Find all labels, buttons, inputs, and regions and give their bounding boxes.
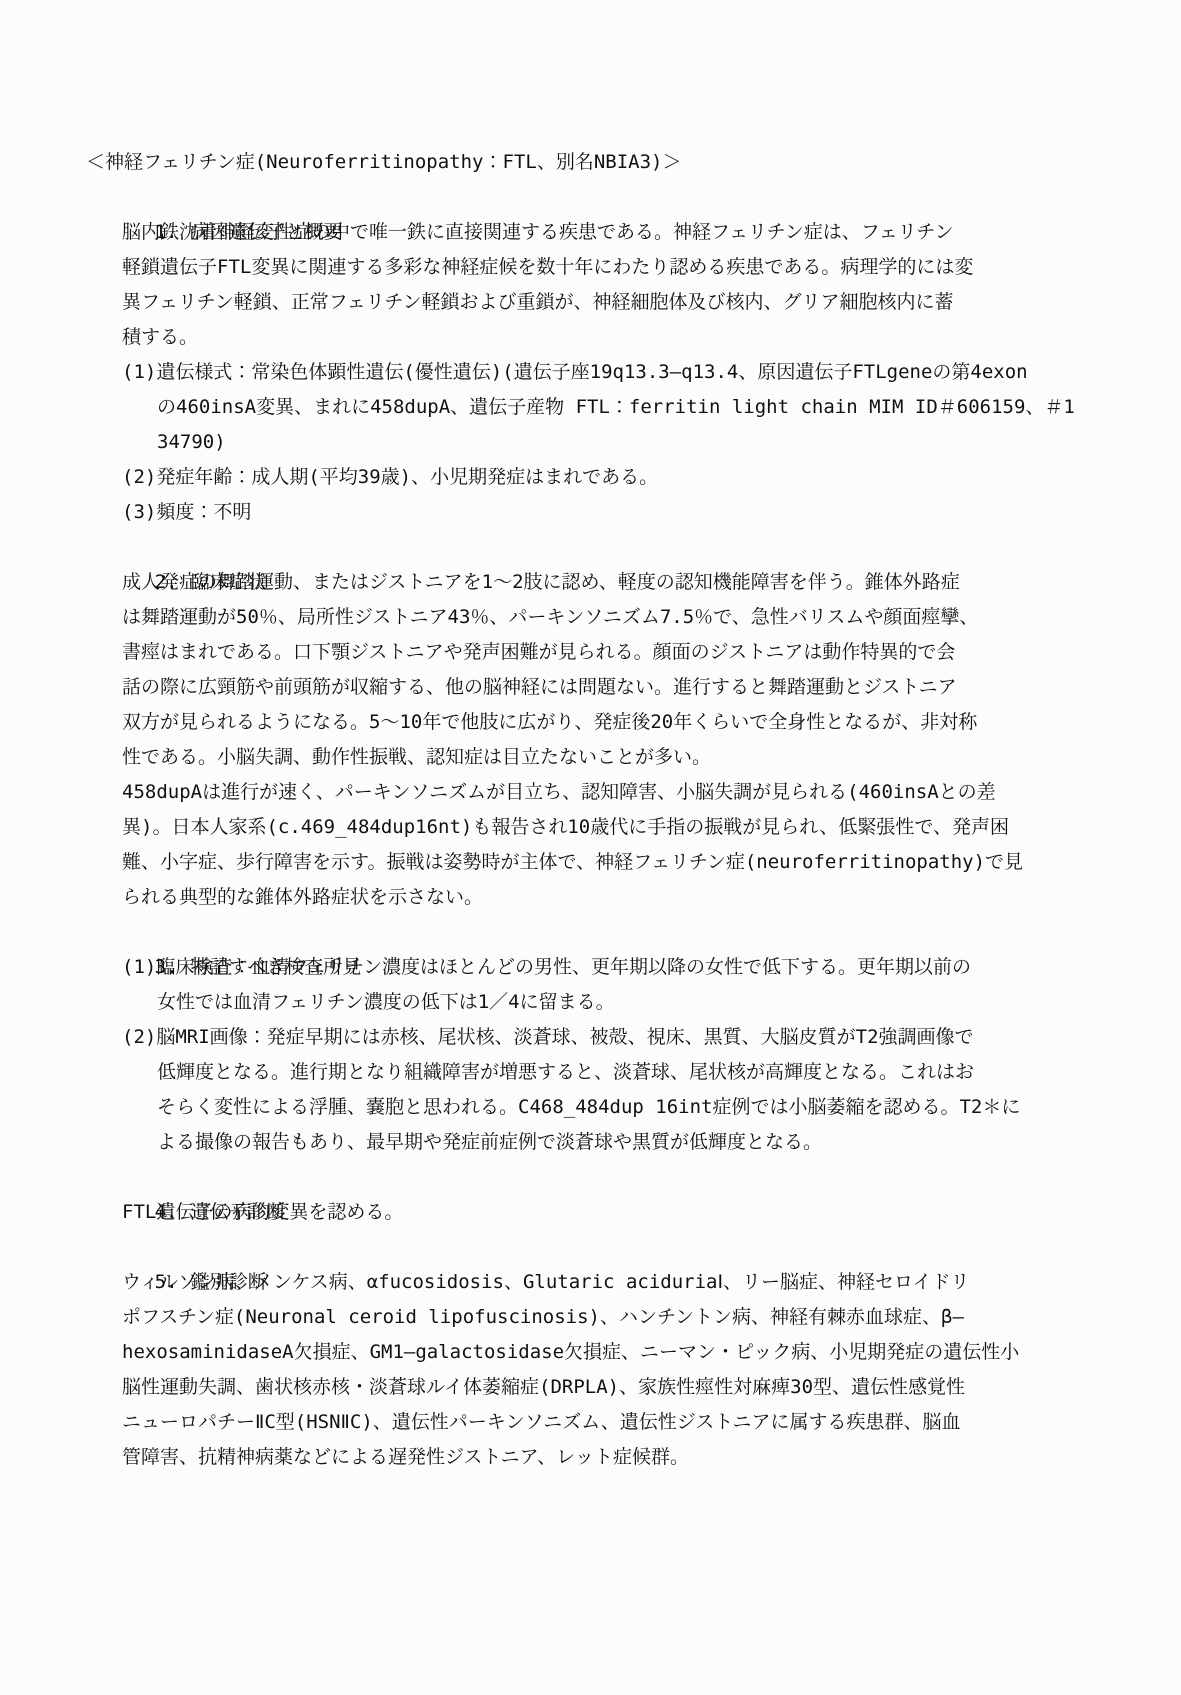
text-line: 異フェリチン軽鎖、正常フェリチン軽鎖および重鎖が、神経細胞体及び核内、グリア細胞… (0, 285, 1181, 320)
document-page: ＜神経フェリチン症(Neuroferritinopathy：FTL、別名NBIA… (0, 0, 1181, 1695)
text-line: 34790) (0, 425, 1181, 460)
section-heading-row: 5.鑑別診断 (0, 1230, 1181, 1265)
document-content: ＜神経フェリチン症(Neuroferritinopathy：FTL、別名NBIA… (0, 145, 1181, 1475)
text-line: そらく変性による浮腫、嚢胞と思われる。C468_484dup 16int症例では… (0, 1090, 1181, 1125)
text-line: ウィルソン病、メンケス病、αfucosidosis、Glutaric acidu… (0, 1265, 1181, 1300)
text-line: 管障害、抗精神病薬などによる遅発性ジストニア、レット症候群。 (0, 1440, 1181, 1475)
text-line: 難、小字症、歩行障害を示す。振戦は姿勢時が主体で、神経フェリチン症(neurof… (0, 845, 1181, 880)
text-line: (2)発症年齢：成人期(平均39歳)、小児期発症はまれである。 (0, 460, 1181, 495)
text-line: 性である。小脳失調、動作性振戦、認知症は目立たないことが多い。 (0, 740, 1181, 775)
text-line: (1)遺伝様式：常染色体顕性遺伝(優性遺伝)(遺伝子座19q13.3—q13.4… (0, 355, 1181, 390)
text-line: FTL遺伝子の病的変異を認める。 (0, 1195, 1181, 1230)
section-heading-row: 3.特記すべき検査所見 (0, 915, 1181, 950)
text-line: ニューロパチーⅡC型(HSNⅡC)、遺伝性パーキンソニズム、遺伝性ジストニアに属… (0, 1405, 1181, 1440)
text-line: 脳性運動失調、歯状核赤核・淡蒼球ルイ体萎縮症(DRPLA)、家族性痙性対麻痺30… (0, 1370, 1181, 1405)
text-line: は舞踏運動が50％、局所性ジストニア43％、パーキンソニズム7.5％で、急性バリ… (0, 600, 1181, 635)
text-line: 低輝度となる。進行期となり組織障害が増悪すると、淡蒼球、尾状核が高輝度となる。こ… (0, 1055, 1181, 1090)
text-line: 458dupAは進行が速く、パーキンソニズムが目立ち、認知障害、小脳失調が見られ… (0, 775, 1181, 810)
text-line: られる典型的な錐体外路症状を示さない。 (0, 880, 1181, 915)
section-heading-row: 1.病因遺伝子と概要 (0, 180, 1181, 215)
text-line: (1)臨床検査：血清フェリチン濃度はほとんどの男性、更年期以降の女性で低下する。… (0, 950, 1181, 985)
text-line: 女性では血清フェリチン濃度の低下は1／4に留まる。 (0, 985, 1181, 1020)
section-heading-row: 4.遺伝子診断 (0, 1160, 1181, 1195)
text-line: 成人発症の舞踏運動、またはジストニアを1～2肢に認め、軽度の認知機能障害を伴う。… (0, 565, 1181, 600)
text-line: の460insA変異、まれに458dupA、遺伝子産物 FTL：ferritin… (0, 390, 1181, 425)
text-line: 話の際に広頸筋や前頭筋が収縮する、他の脳神経には問題ない。進行すると舞踏運動とジ… (0, 670, 1181, 705)
text-line: よる撮像の報告もあり、最早期や発症前症例で淡蒼球や黒質が低輝度となる。 (0, 1125, 1181, 1160)
text-line: (3)頻度：不明 (0, 495, 1181, 530)
text-line: (2)脳MRI画像：発症早期には赤核、尾状核、淡蒼球、被殻、視床、黒質、大脳皮質… (0, 1020, 1181, 1055)
text-line: 書痙はまれである。口下顎ジストニアや発声困難が見られる。顔面のジストニアは動作特… (0, 635, 1181, 670)
section-heading-row: 2.臨床症状 (0, 530, 1181, 565)
text-line: hexosaminidaseA欠損症、GM1—galactosidase欠損症、… (0, 1335, 1181, 1370)
text-line: 積する。 (0, 320, 1181, 355)
text-line: 双方が見られるようになる。5～10年で他肢に広がり、発症後20年くらいで全身性と… (0, 705, 1181, 740)
document-title: ＜神経フェリチン症(Neuroferritinopathy：FTL、別名NBIA… (0, 145, 1181, 180)
text-line: 脳内鉄沈着神経変性症の中で唯一鉄に直接関連する疾患である。神経フェリチン症は、フ… (0, 215, 1181, 250)
text-line: 軽鎖遺伝子FTL変異に関連する多彩な神経症候を数十年にわたり認める疾患である。病… (0, 250, 1181, 285)
text-line: ポフスチン症(Neuronal ceroid lipofuscinosis)、ハ… (0, 1300, 1181, 1335)
text-line: 異)。日本人家系(c.469_484dup16nt)も報告され10歳代に手指の振… (0, 810, 1181, 845)
